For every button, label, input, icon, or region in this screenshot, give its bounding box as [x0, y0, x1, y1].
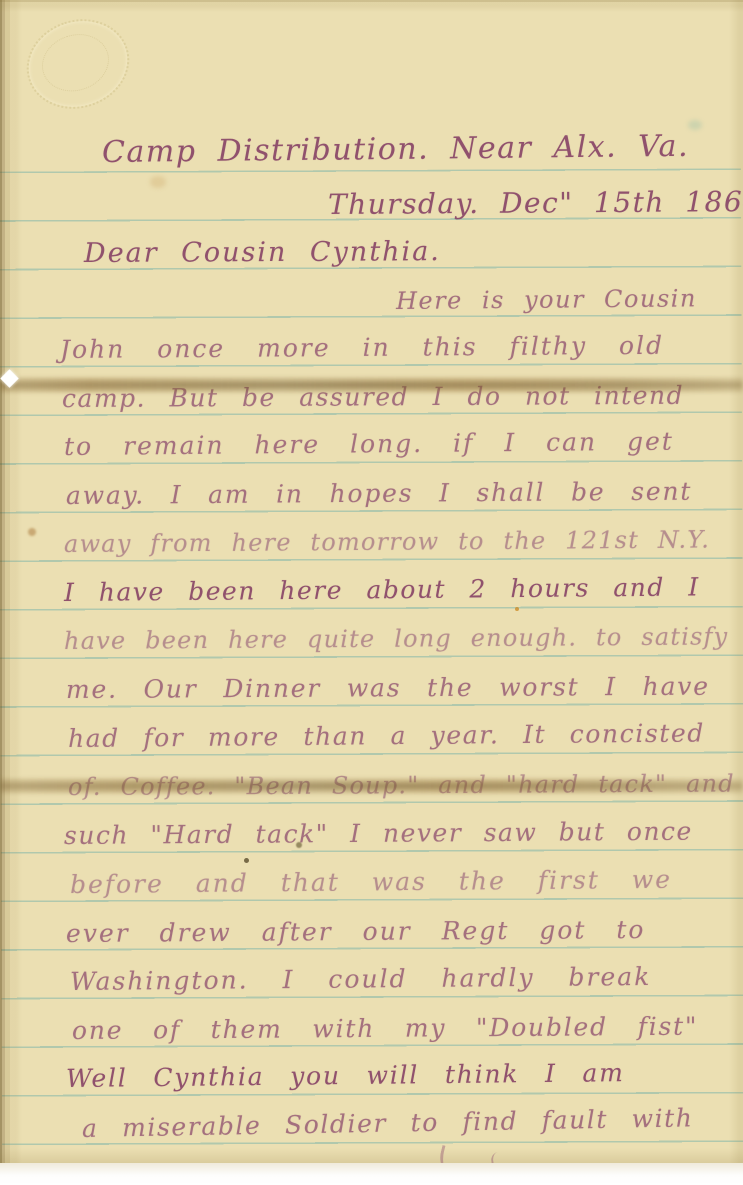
fold-crease [0, 378, 743, 392]
letter-line: one of them with my "Doubled fist" [72, 1014, 698, 1043]
letter-line: to remain here long. if I can get [64, 429, 674, 459]
letter-line: me. Our Dinner was the worst I have [66, 674, 710, 702]
letter-line: away from here tomorrow to the 121st N.Y… [64, 527, 710, 556]
letter-line: Washington. I could hardly break [70, 964, 652, 994]
letter-line: Here is your Cousin [396, 286, 697, 313]
fold-crease [0, 779, 743, 793]
letter-scan: Camp Distribution. Near Alx. Va. Thursda… [0, 0, 743, 1185]
fold-crease-core [0, 784, 743, 788]
letter-line: Well Cynthia you will think I am [66, 1060, 625, 1091]
stain-speck [244, 858, 249, 863]
stain-speck [515, 607, 519, 611]
letter-line: such "Hard tack" I never saw but once [64, 819, 693, 848]
scan-background [0, 1163, 743, 1185]
letter-line: John once more in this filthy old [60, 333, 664, 362]
fold-crease-core [0, 383, 743, 387]
letter-line: away. I am in hopes I shall be sent [66, 479, 692, 508]
letter-heading-place: Camp Distribution. Near Alx. Va. [102, 132, 689, 168]
stain-speck [28, 528, 36, 536]
stain-speck [296, 842, 302, 848]
ruled-lines [0, 168, 743, 1156]
stain-speck [150, 176, 166, 188]
stain-speck [688, 120, 702, 130]
letter-line: have been here quite long enough. to sat… [64, 624, 729, 653]
letter-salutation: Dear Cousin Cynthia. [84, 238, 441, 267]
letter-line: before and that was the first we [70, 867, 672, 897]
letter-heading-date: Thursday. Dec" 15th 1864. [328, 188, 743, 219]
letter-line: I have been here about 2 hours and I [64, 574, 700, 605]
letter-line: ever drew after our Regt got to [66, 917, 646, 946]
letter-line: had for more than a year. It concisted [68, 720, 705, 751]
letter-paper: Camp Distribution. Near Alx. Va. Thursda… [0, 0, 743, 1163]
embossed-seal-icon [15, 6, 141, 122]
